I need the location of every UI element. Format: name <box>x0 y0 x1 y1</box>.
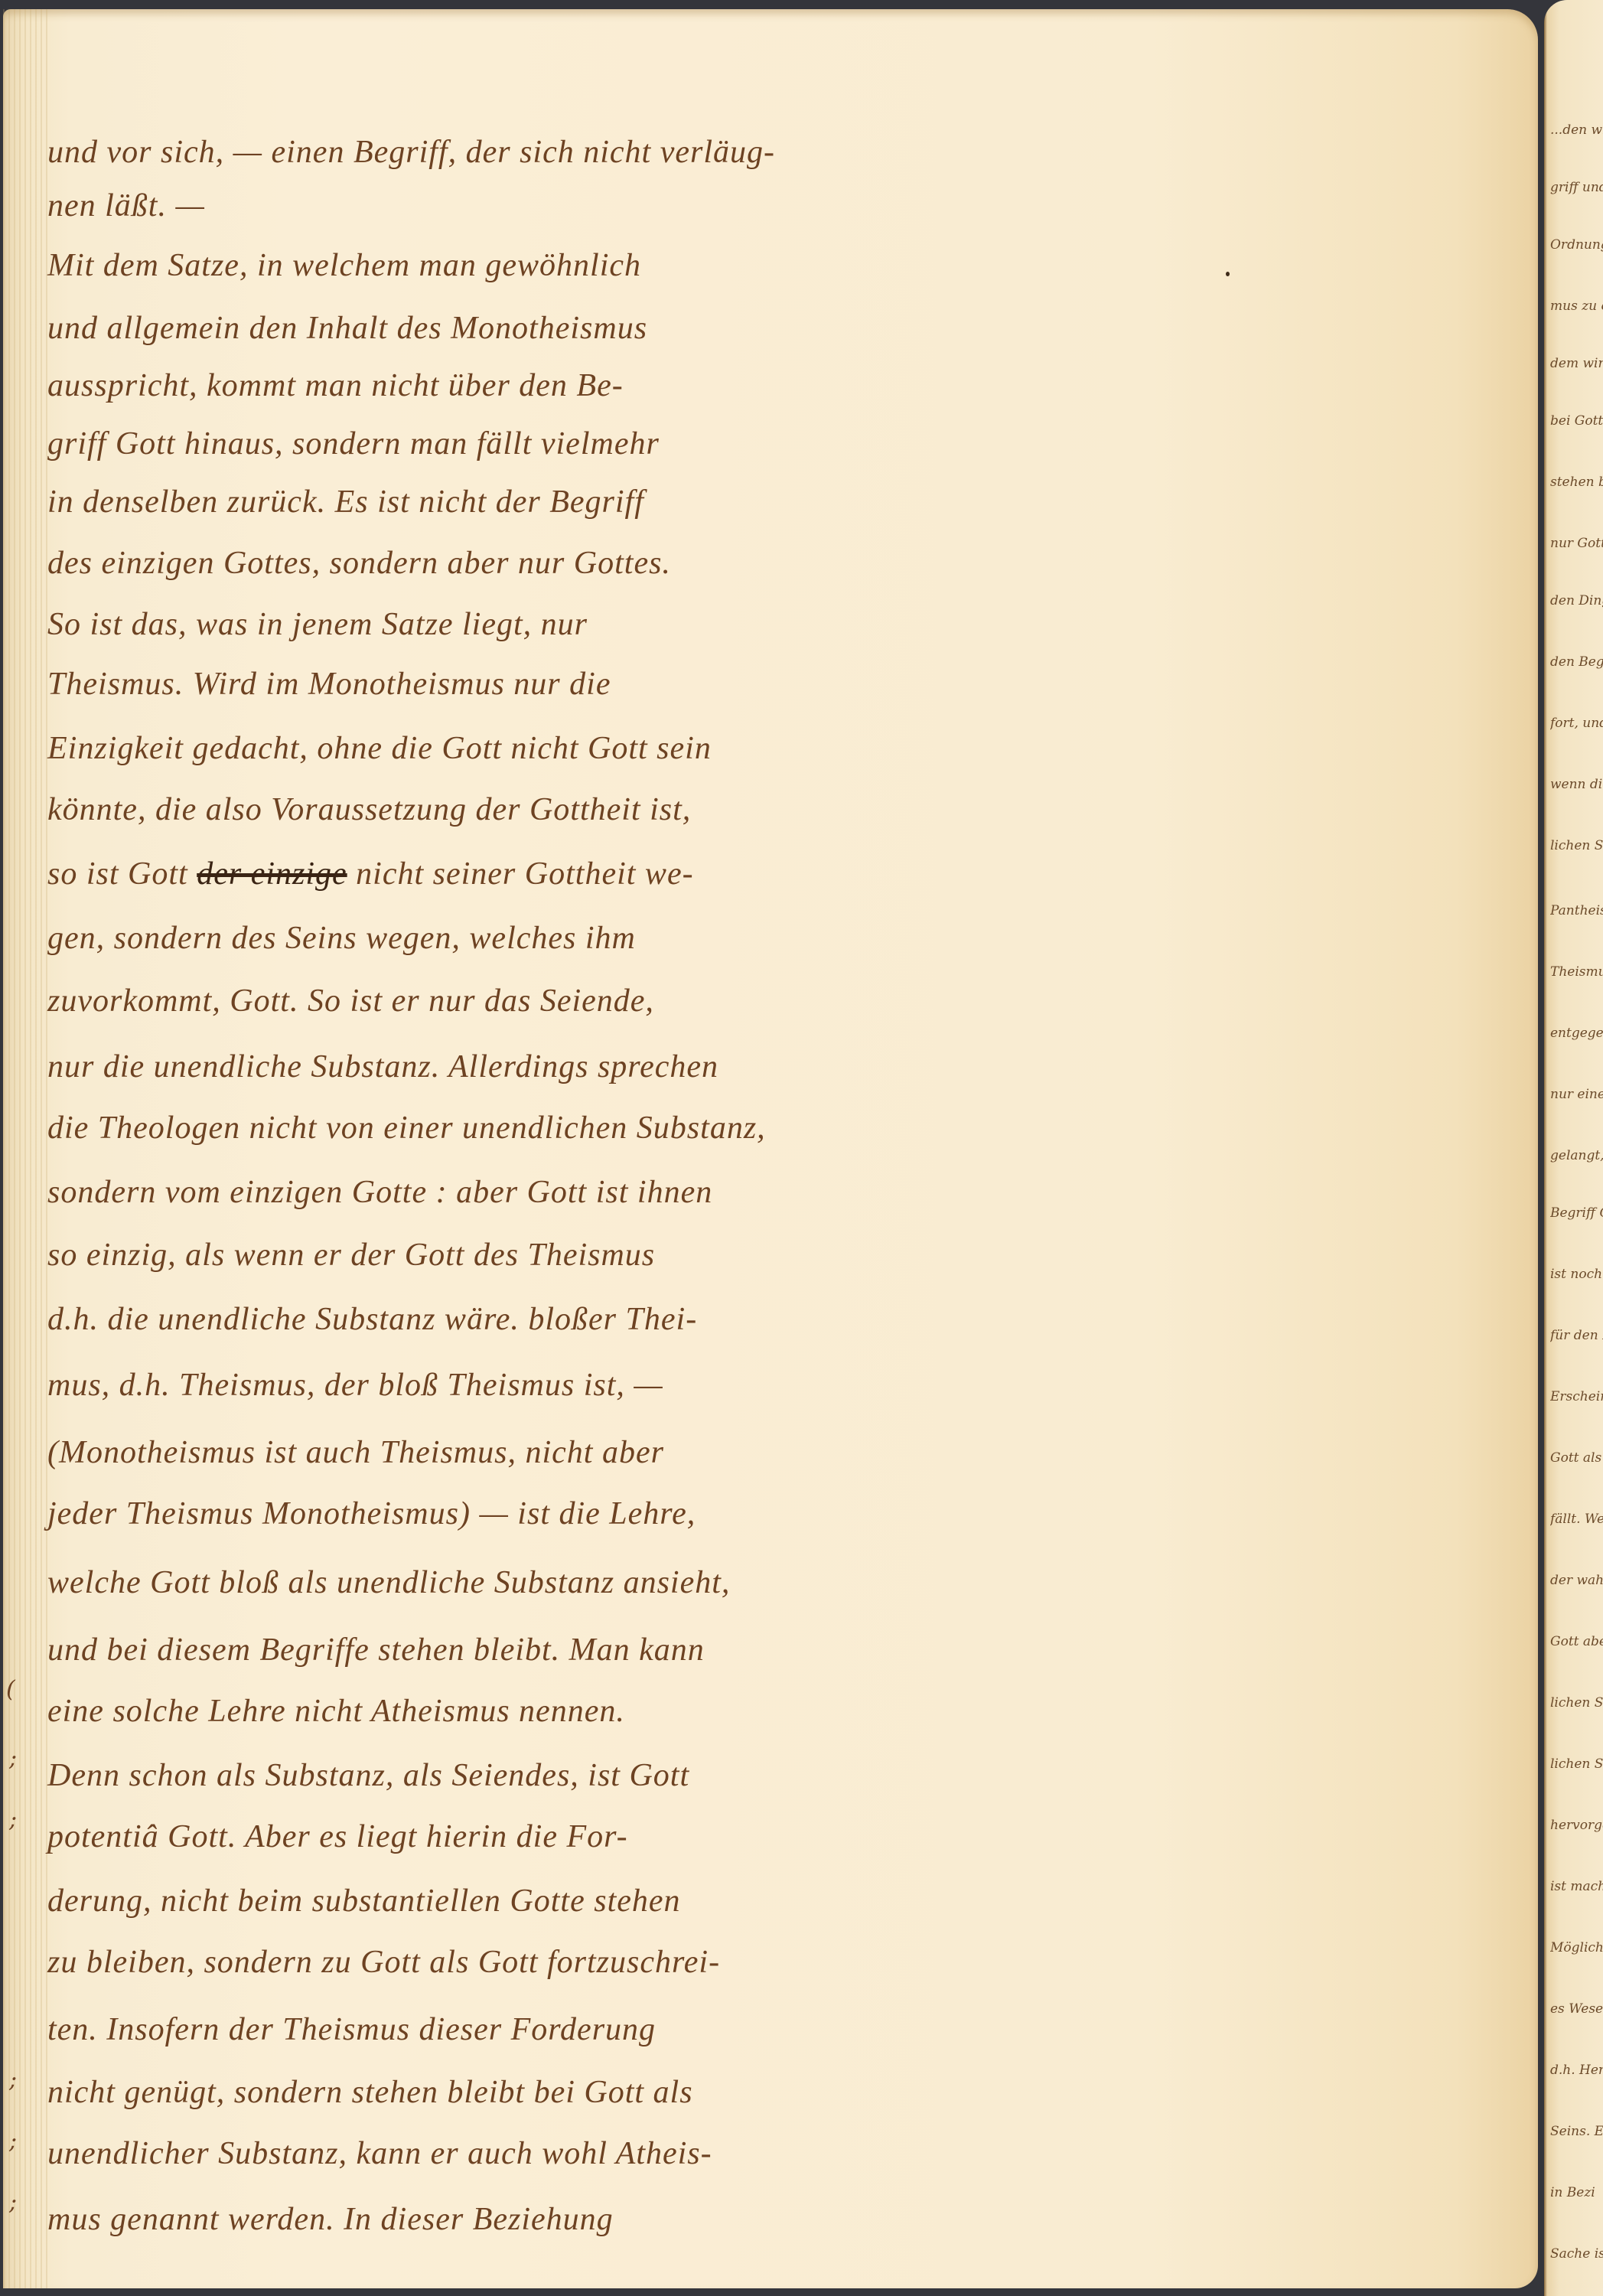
text-line: Denn schon als Substanz, als Seiendes, i… <box>47 1757 689 1794</box>
facing-line: d.h. Herr <box>1550 2063 1603 2078</box>
text-line: ten. Insofern der Theismus dieser Forder… <box>47 2011 656 2048</box>
facing-line: lichen Substa <box>1550 838 1603 853</box>
margin-mark: ; <box>9 2189 17 2216</box>
facing-line: lichen Sein <box>1550 1756 1603 1772</box>
margin-mark: ( <box>6 1676 15 1703</box>
facing-line: bei Gott als <box>1550 413 1603 429</box>
text-line-with-strikethrough: so ist Gott der einzige nicht seiner Got… <box>47 856 694 892</box>
facing-line: gelangt, sel <box>1550 1148 1603 1163</box>
facing-line: ...den wir <box>1550 122 1603 138</box>
text-line: in denselben zurück. Es ist nicht der Be… <box>47 484 644 520</box>
text-line: mus, d.h. Theismus, der bloß Theismus is… <box>47 1367 663 1404</box>
facing-line: den Begriff <box>1550 654 1603 670</box>
text-line: So ist das, was in jenem Satze liegt, nu… <box>47 606 588 643</box>
facing-line: griff und <box>1550 180 1603 195</box>
text-line: Mit dem Satze, in welchem man gewöhnlich <box>47 247 641 284</box>
text-line: gen, sondern des Seins wegen, welches ih… <box>47 920 636 957</box>
text-line: und allgemein den Inhalt des Monotheismu… <box>47 310 647 347</box>
facing-line: fällt. Wer a <box>1550 1512 1603 1527</box>
text-line: sondern vom einzigen Gotte : aber Gott i… <box>47 1174 712 1211</box>
text-line: d.h. die unendliche Substanz wäre. bloße… <box>47 1301 697 1338</box>
text-line: des einzigen Gottes, sondern aber nur Go… <box>47 545 671 582</box>
facing-line: es Wesen <box>1550 2001 1603 2017</box>
facing-line: für den M <box>1550 1328 1603 1343</box>
facing-line: Gott aber d <box>1550 1634 1603 1649</box>
facing-line: lichen Sein <box>1550 1695 1603 1711</box>
text-line: (Monotheismus ist auch Theismus, nicht a… <box>47 1434 664 1471</box>
facing-line: Ordnung z <box>1550 237 1603 253</box>
facing-line: in Bezi <box>1550 2185 1603 2200</box>
text-line: griff Gott hinaus, sondern man fällt vie… <box>47 426 660 462</box>
text-line: ausspricht, kommt man nicht über den Be- <box>47 367 624 404</box>
margin-mark: ; <box>9 1745 17 1772</box>
ink-spot <box>1226 272 1230 276</box>
text-line: potentiâ Gott. Aber es liegt hierin die … <box>47 1818 628 1855</box>
text-line: könnte, die also Voraussetzung der Gotth… <box>47 791 691 828</box>
facing-line: Möglichkeit <box>1550 1940 1603 1955</box>
facing-line: stehen bleiben <box>1550 475 1603 490</box>
facing-line: entgegengesetz <box>1550 1026 1603 1041</box>
margin-mark: ; <box>9 1806 17 1833</box>
text-line: nicht genügt, sondern stehen bleibt bei … <box>47 2074 693 2111</box>
line-suffix: nicht seiner Gottheit we- <box>347 856 694 892</box>
facing-line: Seins. Er <box>1550 2124 1603 2139</box>
facing-line: Sache ist <box>1550 2246 1603 2262</box>
text-line: jeder Theismus Monotheismus) — ist die L… <box>47 1495 696 1532</box>
text-line: zu bleiben, sondern zu Gott als Gott for… <box>47 1944 720 1981</box>
text-line: nen läßt. — <box>47 188 205 224</box>
facing-line: ist noch Gott <box>1550 1267 1603 1282</box>
text-line: mus genannt werden. In dieser Beziehung <box>47 2201 614 2238</box>
margin-mark: ; <box>9 2066 17 2093</box>
struck-text: der einzige <box>197 856 347 892</box>
text-line: zuvorkommt, Gott. So ist er nur das Seie… <box>47 983 654 1019</box>
facing-line: dem wir sag <box>1550 356 1603 371</box>
page-stack-edge <box>3 9 49 2288</box>
facing-line: fort, und d <box>1550 716 1603 731</box>
facing-line: Pantheismus <box>1550 903 1603 918</box>
facing-line: der wahre <box>1550 1573 1603 1588</box>
text-line: so einzig, als wenn er der Gott des Thei… <box>47 1237 655 1274</box>
facing-line: Begriff Gott <box>1550 1205 1603 1221</box>
text-line: nur die unendliche Substanz. Allerdings … <box>47 1049 718 1085</box>
margin-mark: ; <box>9 2128 17 2154</box>
text-line: und vor sich, — einen Begriff, der sich … <box>47 134 775 171</box>
facing-line: Theismus d <box>1550 964 1603 980</box>
text-line: Einzigkeit gedacht, ohne die Gott nicht … <box>47 730 712 767</box>
facing-line: wenn diese <box>1550 777 1603 792</box>
text-line: die Theologen nicht von einer unendliche… <box>47 1110 766 1146</box>
facing-line: hervorgetreten <box>1550 1818 1603 1833</box>
text-line: welche Gott bloß als unendliche Substanz… <box>47 1564 730 1601</box>
facing-line: Gott als sol <box>1550 1450 1603 1466</box>
text-line: derung, nicht beim substantiellen Gotte … <box>47 1883 681 1919</box>
facing-line: nur Gott; n <box>1550 536 1603 551</box>
facing-line: Erscheinung <box>1550 1389 1603 1404</box>
facing-line: ist macht <box>1550 1879 1603 1894</box>
text-line: unendlicher Substanz, kann er auch wohl … <box>47 2135 712 2172</box>
text-line: eine solche Lehre nicht Atheismus nennen… <box>47 1693 625 1730</box>
facing-line: den Dingen, <box>1550 593 1603 608</box>
text-line: Theismus. Wird im Monotheismus nur die <box>47 666 611 703</box>
facing-line: mus zu ein <box>1550 298 1603 314</box>
line-prefix: so ist Gott <box>47 856 197 892</box>
facing-line: nur eine B <box>1550 1087 1603 1102</box>
text-line: und bei diesem Begriffe stehen bleibt. M… <box>47 1632 705 1668</box>
